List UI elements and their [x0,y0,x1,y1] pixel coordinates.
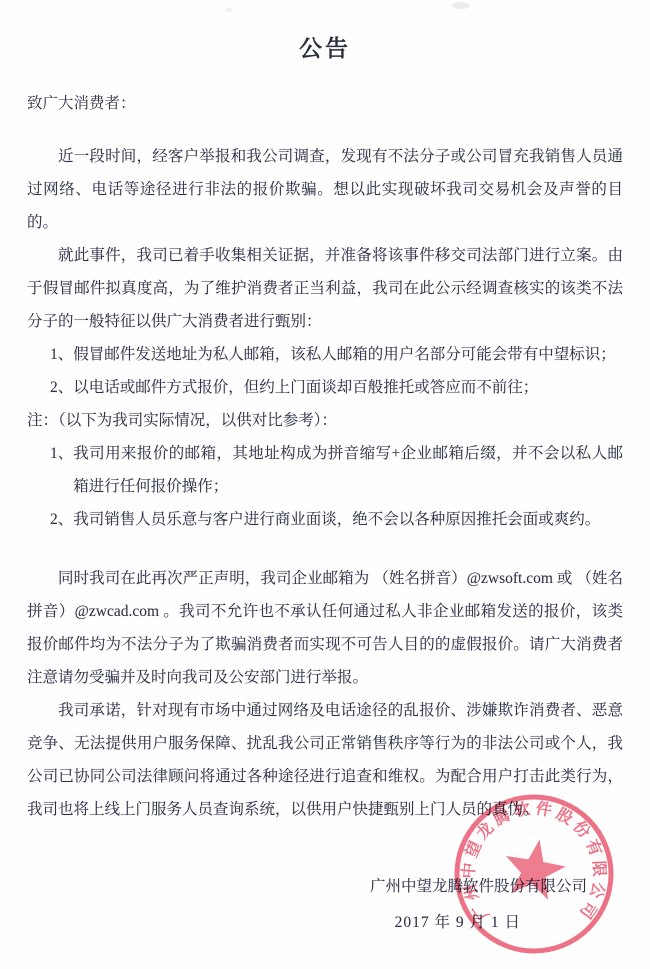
document-body: 公告 致广大消费者： 近一段时间，经客户举报和我公司调查，发现有不法分子或公司冒… [0,0,650,939]
list-marker: 2、 [50,371,73,404]
announcement-document: 公告 致广大消费者： 近一段时间，经客户举报和我公司调查，发现有不法分子或公司冒… [0,0,650,969]
list-item-text: 以电话或邮件方式报价，但约上门面谈却百般推托或答应而不前往； [73,371,623,404]
list-item-text: 我司销售人员乐意与客户进行商业面谈，绝不会以各种原因推托会面或爽约。 [73,503,623,536]
paragraph-commitment: 我司承诺，针对现有市场中通过网络及电话途径的乱报价、涉嫌欺诈消费者、恶意竞争、无… [27,694,623,826]
paragraph-statement: 同时我司在此再次严正声明，我司企业邮箱为 （姓名拼音）@zwsoft.com 或… [27,562,623,694]
document-title: 公告 [27,14,623,63]
paragraph-evidence: 就此事件，我司已着手收集相关证据，并准备将该事件移交司法部门进行立案。由于假冒邮… [27,239,623,338]
list-item-fake-sign-2: 2、 以电话或邮件方式报价，但约上门面谈却百般推托或答应而不前往； [27,371,623,404]
list-item-fake-sign-1: 1、 假冒邮件发送地址为私人邮箱，该私人邮箱的用户名部分可能会带有中望标识； [27,338,623,371]
list-marker: 2、 [50,503,73,536]
signature-block: 广州中望龙腾软件股份有限公司 2017 年 9 月 1 日 [27,870,623,939]
paragraph-intro: 近一段时间，经客户举报和我公司调查，发现有不法分子或公司冒充我销售人员通过网络、… [27,140,623,239]
note-line: 注：（以下为我司实际情况，以供对比参考）： [27,404,623,437]
signature-date: 2017 年 9 月 1 日 [27,906,623,939]
list-marker: 1、 [50,437,73,503]
list-item-real-fact-1: 1、 我司用来报价的邮箱，其地址构成为拼音缩写+企业邮箱后缀，并不会以私人邮箱进… [27,437,623,503]
list-item-text: 假冒邮件发送地址为私人邮箱，该私人邮箱的用户名部分可能会带有中望标识； [73,338,623,371]
list-marker: 1、 [50,338,73,371]
list-item-real-fact-2: 2、 我司销售人员乐意与客户进行商业面谈，绝不会以各种原因推托会面或爽约。 [27,503,623,536]
list-item-text: 我司用来报价的邮箱，其地址构成为拼音缩写+企业邮箱后缀，并不会以私人邮箱进行任何… [73,437,623,503]
salutation: 致广大消费者： [27,87,623,120]
signature-company: 广州中望龙腾软件股份有限公司 [27,870,623,903]
